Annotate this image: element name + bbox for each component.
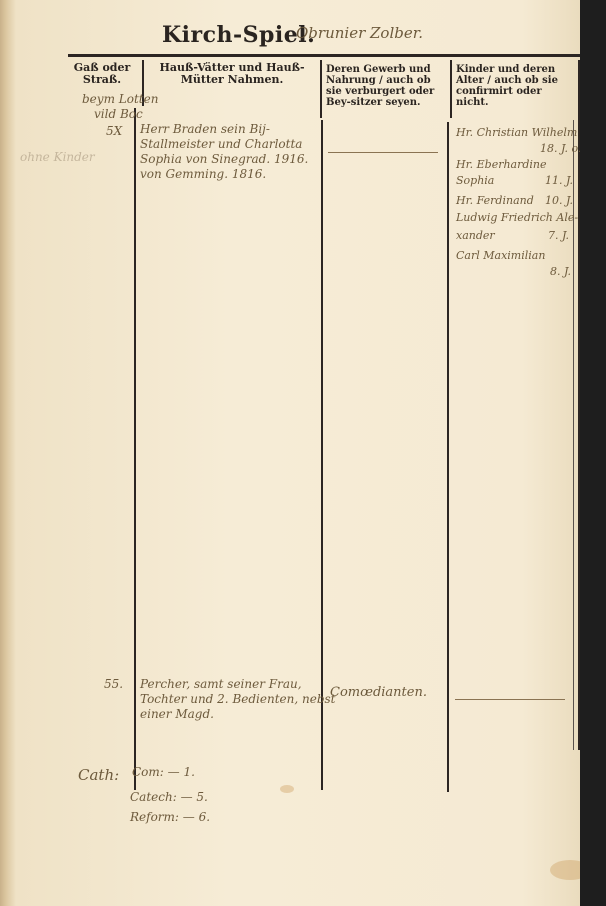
occupation-dash <box>328 152 438 153</box>
parent-line: von Gemming. 1816. <box>140 167 266 182</box>
summary-line: Com: — 1. <box>132 765 195 780</box>
column-header-children: Kinder und deren Alter / auch ob sie con… <box>456 64 574 108</box>
parent-line: Herr Braden sein Bij- <box>140 122 270 137</box>
page-title: Kirch-Spiel. <box>162 22 315 48</box>
house-number: 5X <box>106 124 122 139</box>
parish-name: Obrunier Zolber. <box>296 26 423 41</box>
paper-stain <box>280 785 294 793</box>
column-divider <box>450 60 452 118</box>
summary-line: Reform: — 6. <box>130 810 210 825</box>
parent-line: Percher, samt seiner Frau, <box>140 677 302 692</box>
scan-edge <box>580 0 606 906</box>
summary-label: Cath: <box>78 768 119 783</box>
column-header-street: Gaß oder Straß. <box>66 62 138 86</box>
column-line-occupation <box>447 122 449 792</box>
column-header-parents: Hauß-Vätter und Hauß-Mütter Nahmen. <box>146 62 318 86</box>
child-name: Carl Maximilian <box>456 248 545 263</box>
child-name: Hr. Christian Wilhelm <box>456 125 577 140</box>
header-rule <box>68 54 580 57</box>
register-page: Kirch-Spiel. Obrunier Zolber. Gaß oder S… <box>0 0 580 906</box>
child-age: 10. J. <box>545 193 573 208</box>
parent-line: Sophia von Sinegrad. 1916. <box>140 152 308 167</box>
occupation: Comœdianten. <box>330 685 427 700</box>
summary-line: Catech: — 5. <box>130 790 208 805</box>
children-dash <box>455 699 565 700</box>
parent-line: Stallmeister und Charlotta <box>140 137 302 152</box>
child-age: 7. J. <box>548 228 569 243</box>
child-name: xander <box>456 228 495 243</box>
column-line-parents <box>321 120 323 790</box>
child-age: 18. J. o. <box>540 141 581 156</box>
house-number: 55. <box>104 677 123 692</box>
margin-note: ohne Kinder <box>20 150 95 165</box>
parent-line: einer Magd. <box>140 707 214 722</box>
column-header-occupation: Deren Gewerb und Nahrung / auch ob sie v… <box>326 64 448 108</box>
column-divider <box>320 60 322 118</box>
entry-street: vild Boc <box>94 107 143 122</box>
child-name: Ludwig Friedrich Ale- <box>456 210 578 225</box>
child-name: Hr. Ferdinand <box>456 193 534 208</box>
child-age: 11. J. <box>545 173 573 188</box>
child-name: Sophia <box>456 173 494 188</box>
parent-line: Tochter und 2. Bedienten, nebst <box>140 692 335 707</box>
child-name: Hr. Eberhardine <box>456 157 547 172</box>
child-age: 8. J. <box>550 264 571 279</box>
column-line-street <box>134 108 136 790</box>
entry-street: beym Lotten <box>82 92 158 107</box>
